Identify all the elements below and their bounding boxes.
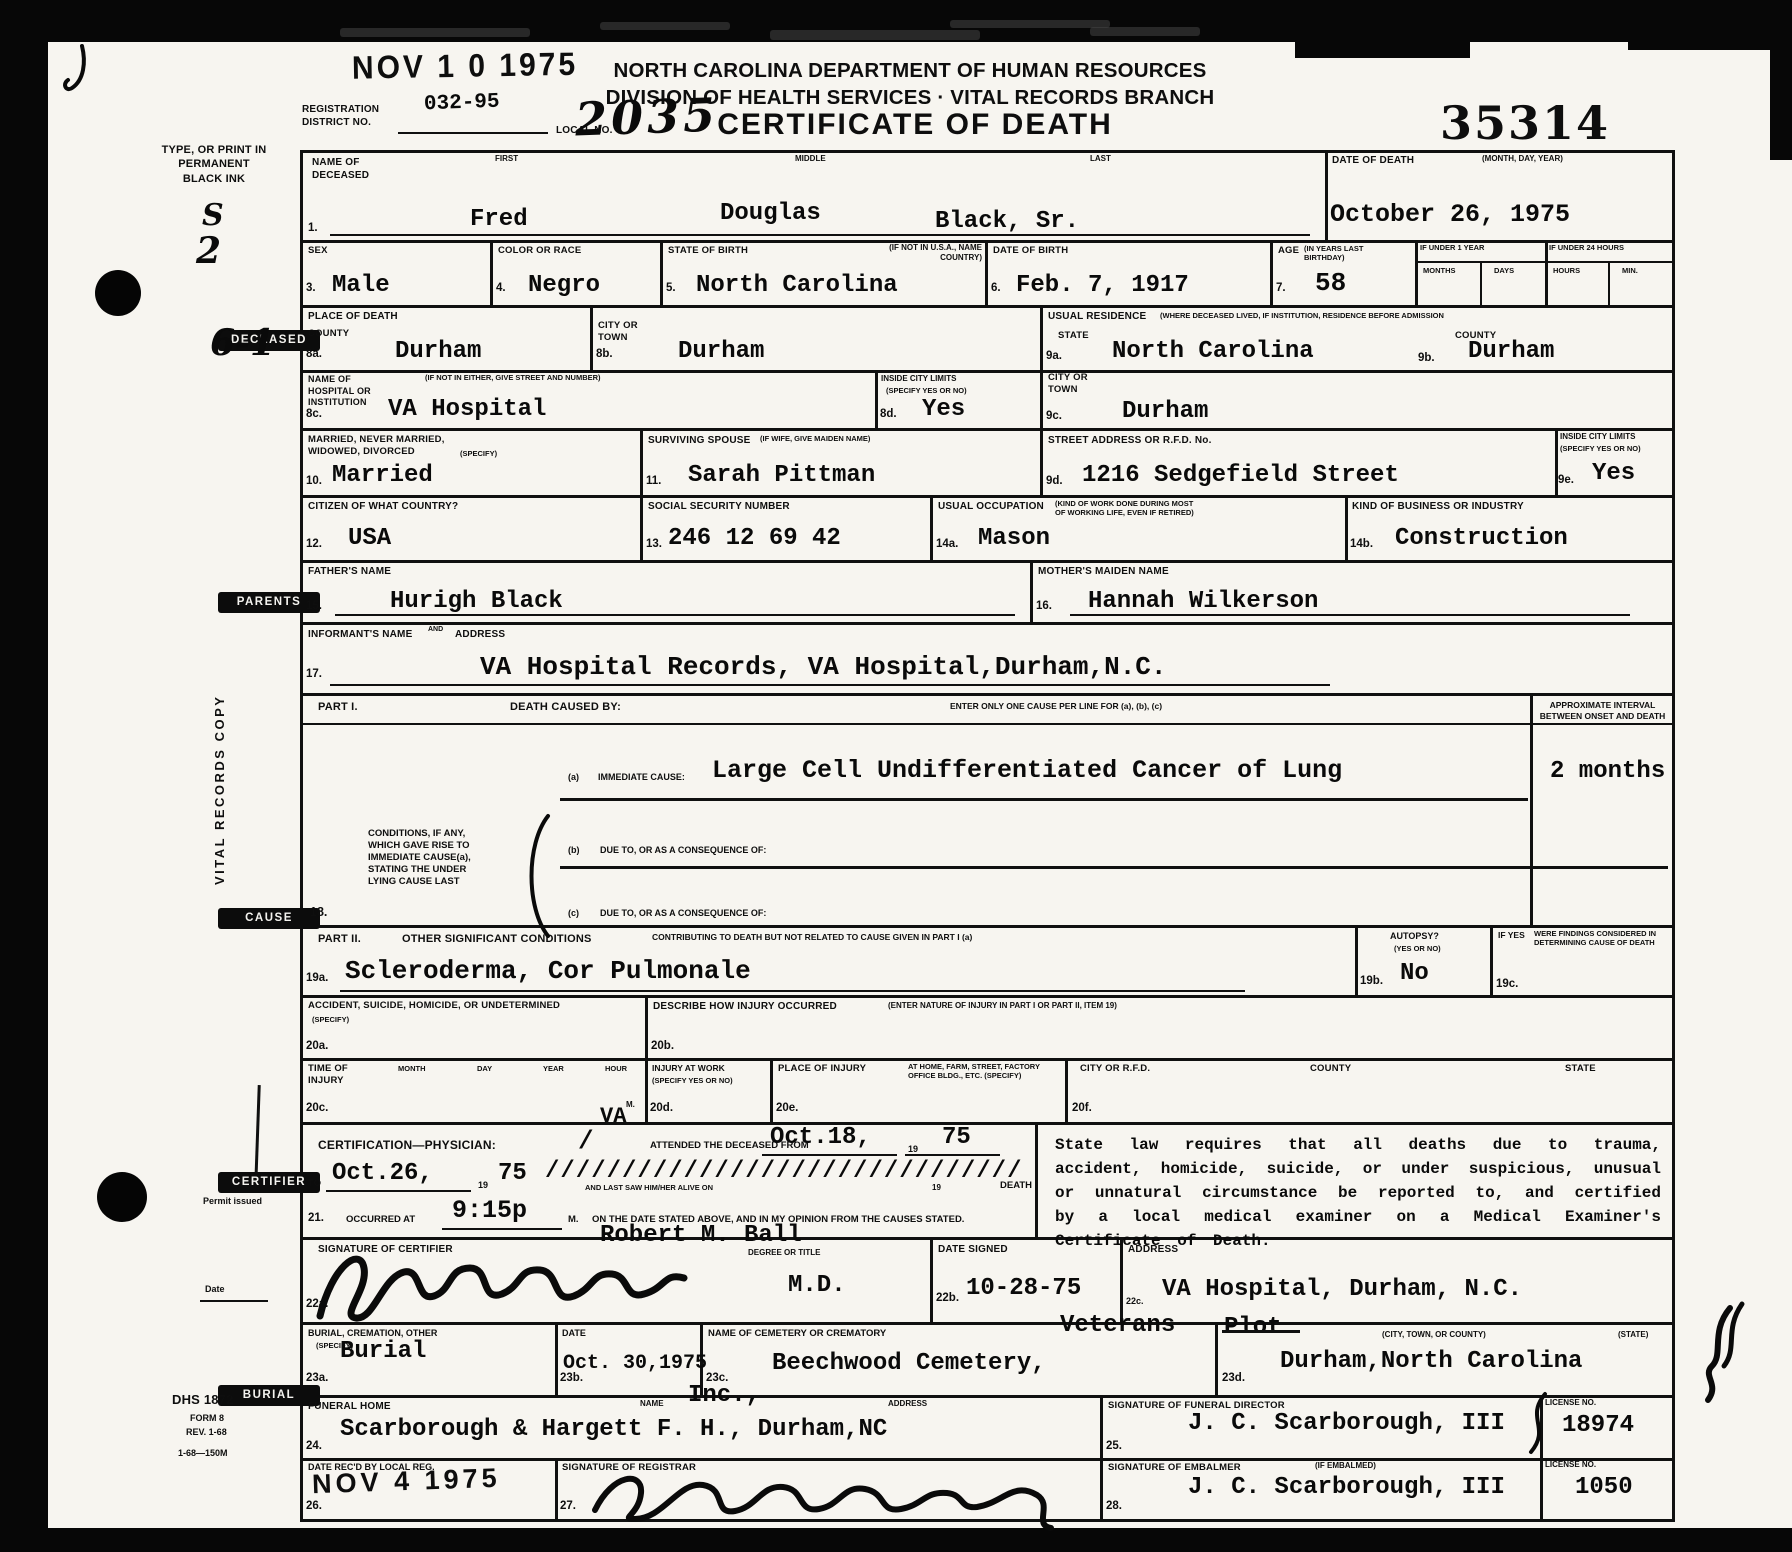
pen-mark-topleft	[58, 42, 98, 94]
state-law-paragraph: State law requires that all deaths due t…	[1055, 1133, 1661, 1253]
last-name-value: Black, Sr.	[935, 208, 1079, 235]
crossout-slashes: ///////////////////////////////	[545, 1158, 1022, 1185]
icl-8d-value: Yes	[922, 396, 965, 423]
county-label: COUNTY	[308, 328, 349, 340]
if-yes-label: IF YES	[1498, 930, 1525, 941]
form-id-run: 1-68—150M	[178, 1448, 228, 1459]
date-of-birth-value: Feb. 7, 1917	[1016, 272, 1189, 299]
va-annotation: VA	[600, 1104, 626, 1129]
citizen-label: CITIZEN OF WHAT COUNTRY?	[308, 500, 458, 513]
registration-district-label: REGISTRATION DISTRICT NO.	[302, 103, 379, 129]
other-conditions-rule	[340, 990, 1245, 992]
pod-city-value: Durham	[678, 338, 764, 365]
certification-label: CERTIFICATION—PHYSICIAN:	[318, 1138, 496, 1154]
death-caused-by-label: DEATH CAUSED BY:	[510, 700, 621, 714]
embalmer-license-value: 1050	[1575, 1474, 1633, 1501]
cause-a-prefix: (a)	[568, 772, 579, 783]
form-id-dhs: DHS 1872	[172, 1392, 234, 1409]
item-12: 12.	[306, 538, 322, 550]
item-11: 11.	[646, 475, 661, 487]
marital-sub: (SPECIFY)	[460, 449, 497, 458]
director-license-value: 18974	[1562, 1412, 1634, 1439]
scan-sliver-right	[1770, 0, 1792, 160]
certifier-signature	[312, 1238, 712, 1330]
father-label: FATHER'S NAME	[308, 565, 391, 578]
middle-label: MIDDLE	[795, 154, 826, 164]
accident-label: ACCIDENT, SUICIDE, HOMICIDE, OR UNDETERM…	[308, 1000, 638, 1012]
scan-edge-left	[0, 0, 48, 1552]
icl-9e-label: INSIDE CITY LIMITS	[1560, 432, 1635, 442]
item-1: 1.	[308, 222, 318, 234]
date-signed-label: DATE SIGNED	[938, 1243, 1008, 1256]
residence-state-value: North Carolina	[1112, 338, 1314, 365]
item-19a: 19a.	[306, 972, 328, 984]
funeral-home-name-label: NAME	[640, 1399, 664, 1409]
interval-label: APPROXIMATE INTERVAL BETWEEN ONSET AND D…	[1534, 700, 1671, 721]
plot-annotation: Plot	[1224, 1314, 1282, 1341]
handwritten-6-1: 6-1	[210, 322, 275, 364]
state-of-birth-value: North Carolina	[696, 272, 898, 299]
findings-label: WERE FINDINGS CONSIDERED IN DETERMINING …	[1534, 929, 1672, 948]
spouse-value: Sarah Pittman	[688, 462, 875, 489]
conditions-brace	[516, 812, 556, 940]
item-9d: 9d.	[1046, 475, 1063, 487]
item-9b: 9b.	[1418, 352, 1435, 364]
hole-punch-bottom	[97, 1172, 147, 1222]
date-label: Date	[205, 1284, 225, 1295]
item-20b: 20b.	[651, 1040, 674, 1052]
cause-c-prefix: (c)	[568, 908, 579, 919]
registration-district-rule	[398, 132, 548, 134]
attended-from-year: 75	[942, 1124, 971, 1151]
injury-at-work-sub: (SPECIFY YES OR NO)	[652, 1076, 733, 1085]
item-26: 26.	[306, 1500, 322, 1512]
sex-label: SEX	[308, 245, 328, 257]
certifier-address-label: ADDRESS	[1128, 1243, 1178, 1256]
month-label: MONTH	[398, 1064, 426, 1073]
degree-label: DEGREE OR TITLE	[748, 1248, 820, 1258]
part1-header-rule	[303, 723, 1672, 725]
from-year-rule	[905, 1154, 1000, 1156]
usual-residence-label: USUAL RESIDENCE	[1048, 310, 1146, 323]
m-suffix: M.	[626, 1100, 635, 1110]
ssn-label: SOCIAL SECURITY NUMBER	[648, 500, 790, 513]
place-of-injury-label: PLACE OF INJURY	[778, 1063, 866, 1075]
residence-county-value: Durham	[1468, 338, 1554, 365]
item-21: 21.	[308, 1212, 324, 1224]
certificate-title: CERTIFICATE OF DEATH	[700, 105, 1130, 144]
date-received-stamp: NOV 4 1975	[312, 1463, 502, 1501]
box-part1	[300, 693, 1675, 928]
citizen-value: USA	[348, 525, 391, 552]
department-line1: NORTH CAROLINA DEPARTMENT OF HUMAN RESOU…	[600, 58, 1220, 85]
item-20f: 20f.	[1072, 1102, 1092, 1114]
funeral-home-address-label: ADDRESS	[888, 1399, 927, 1409]
immediate-cause-label: IMMEDIATE CAUSE:	[598, 772, 685, 783]
age-sub: (IN YEARS LAST BIRTHDAY)	[1304, 244, 1363, 263]
city-or-town-label: CITY OR TOWN	[598, 320, 638, 345]
hour-label: HOUR	[605, 1064, 627, 1073]
plot-strike	[1222, 1330, 1300, 1333]
date-of-death-value: October 26, 1975	[1330, 200, 1570, 229]
due-to-2-label: DUE TO, OR AS A CONSEQUENCE OF:	[600, 908, 766, 919]
handwritten-s: S	[202, 198, 224, 233]
tab-parents: PARENTS	[218, 592, 320, 613]
item-27: 27.	[560, 1500, 576, 1512]
marital-value: Married	[332, 462, 433, 489]
item-16: 16.	[1036, 600, 1052, 612]
date-of-birth-label: DATE OF BIRTH	[993, 245, 1068, 257]
state-paren-label: (STATE)	[1618, 1330, 1648, 1340]
form-id-rev: REV. 1-68	[186, 1427, 227, 1438]
part1-label: PART I.	[318, 700, 358, 714]
to-label: TO	[308, 1178, 321, 1190]
icl-9e-sub: (SPECIFY YES OR NO)	[1560, 444, 1641, 453]
scan-edge-bottom	[0, 1528, 1792, 1552]
funeral-director-value: J. C. Scarborough, III	[1188, 1410, 1505, 1437]
scan-noise	[950, 20, 1110, 28]
date-of-death-label: DATE OF DEATH	[1332, 154, 1414, 167]
vital-records-copy-label: VITAL RECORDS COPY	[212, 645, 227, 885]
item-19c: 19c.	[1496, 978, 1518, 990]
box-sex	[300, 240, 493, 308]
how-injury-label: DESCRIBE HOW INJURY OCCURRED	[653, 1000, 837, 1013]
injury-county-label: COUNTY	[1310, 1063, 1351, 1075]
industry-value: Construction	[1395, 525, 1568, 552]
ssn-value: 246 12 69 42	[668, 525, 841, 552]
attended-from-date: Oct.18,	[770, 1124, 871, 1151]
days-label: DAYS	[1494, 266, 1514, 275]
occupation-label: USUAL OCCUPATION	[938, 500, 1044, 513]
date-of-death-sub: (MONTH, DAY, YEAR)	[1482, 154, 1563, 164]
race-label: COLOR OR RACE	[498, 245, 581, 257]
race-value: Negro	[528, 272, 600, 299]
first-name-value: Fred	[470, 206, 528, 233]
scan-blob-topright	[1295, 0, 1470, 58]
item-20d: 20d.	[650, 1102, 673, 1114]
day-label: DAY	[477, 1064, 492, 1073]
box-time-of-injury	[300, 1058, 648, 1125]
item-10: 10.	[306, 475, 322, 487]
item-20a: 20a.	[306, 1040, 328, 1052]
industry-label: KIND OF BUSINESS OR INDUSTRY	[1352, 500, 1524, 513]
icl-8d-sub: (SPECIFY YES OR NO)	[886, 386, 967, 395]
item-13: 13.	[646, 538, 662, 550]
item-17: 17.	[306, 668, 322, 680]
months-label: MONTHS	[1423, 266, 1456, 275]
inc-annotation: Inc.,	[688, 1382, 760, 1409]
other-significant-sub: CONTRIBUTING TO DEATH BUT NOT RELATED TO…	[652, 932, 972, 943]
sex-value: Male	[332, 272, 390, 299]
u1y-split	[1480, 261, 1482, 308]
age-value: 58	[1315, 268, 1346, 298]
icl-8d-label: INSIDE CITY LIMITS	[881, 374, 956, 384]
item-20c: 20c.	[306, 1102, 328, 1114]
item-3: 3.	[306, 282, 316, 294]
tab-certifier: CERTIFIER	[218, 1172, 320, 1193]
from-date-rule	[762, 1154, 897, 1156]
item-5: 5.	[666, 282, 676, 294]
under-24-hours-label: IF UNDER 24 HOURS	[1549, 243, 1624, 252]
item-8c: 8c.	[306, 408, 322, 420]
handwritten-2: 2	[196, 230, 221, 272]
type-print-instruction: TYPE, OR PRINT IN PERMANENT BLACK INK	[148, 143, 280, 186]
item-23d: 23d.	[1222, 1372, 1245, 1384]
embalmer-value: J. C. Scarborough, III	[1188, 1474, 1505, 1501]
hospital-value: VA Hospital	[388, 396, 546, 423]
part2-label: PART II.	[318, 932, 361, 946]
veterans-annotation: Veterans	[1060, 1312, 1175, 1339]
scan-corner-topright	[1628, 0, 1792, 50]
scan-noise	[1090, 27, 1200, 36]
item-25: 25.	[1106, 1440, 1122, 1452]
time-of-injury-label: TIME OF INJURY	[308, 1063, 348, 1088]
death-certificate-scan: TYPE, OR PRINT IN PERMANENT BLACK INK S …	[0, 0, 1792, 1552]
one-cause-note: ENTER ONLY ONE CAUSE PER LINE FOR (a), (…	[950, 701, 1162, 712]
time-of-death-rule	[442, 1228, 562, 1230]
street-value: 1216 Sedgefield Street	[1082, 462, 1399, 489]
scan-noise	[600, 22, 730, 30]
item-6: 6.	[991, 282, 1001, 294]
slash-mark: /	[578, 1126, 594, 1156]
state-of-birth-sub: (IF NOT IN U.S.A., NAME COUNTRY)	[772, 243, 982, 263]
pen-scrawl-license	[1475, 1388, 1565, 1458]
middle-name-value: Douglas	[720, 200, 821, 227]
place-of-death-label: PLACE OF DEATH	[308, 310, 398, 323]
u24-split	[1608, 261, 1610, 308]
box-interval	[1530, 693, 1675, 928]
state-of-birth-label: STATE OF BIRTH	[668, 245, 748, 257]
injury-at-work-label: INJURY AT WORK	[652, 1063, 725, 1074]
usual-residence-sub: (WHERE DECEASED LIVED, IF INSTITUTION, R…	[1160, 311, 1670, 320]
item-23a: 23a.	[306, 1372, 328, 1384]
autopsy-label: AUTOPSY?	[1390, 931, 1439, 942]
registrar-signature	[585, 1455, 1105, 1530]
attended-to-date: Oct.26,	[332, 1160, 433, 1187]
occupation-sub: (KIND OF WORK DONE DURING MOST OF WORKIN…	[1055, 499, 1194, 518]
m-on-date-label: M.	[568, 1214, 579, 1226]
autopsy-value: No	[1400, 960, 1429, 987]
cemetery-value: Beechwood Cemetery,	[772, 1350, 1046, 1377]
certificate-serial: 35314	[1440, 96, 1610, 150]
street-label: STREET ADDRESS OR R.F.D. No.	[1048, 434, 1212, 447]
to-19: 19	[478, 1180, 488, 1191]
embalmer-sub: (IF EMBALMED)	[1315, 1461, 1376, 1471]
funeral-home-label: FUNERAL HOME	[308, 1400, 391, 1413]
informant-value: VA Hospital Records, VA Hospital,Durham,…	[480, 652, 1167, 682]
registration-district-value: 032-95	[424, 91, 500, 117]
cause-b-rule	[560, 866, 1668, 869]
occupation-value: Mason	[978, 525, 1050, 552]
attended-to-year: 75	[498, 1160, 527, 1187]
embalmer-license-label: LICENSE NO.	[1545, 1460, 1596, 1470]
hospital-sub: (IF NOT IN EITHER, GIVE STREET AND NUMBE…	[425, 373, 601, 382]
accident-sub: (SPECIFY)	[312, 1015, 349, 1024]
item-22b: 22b.	[936, 1292, 959, 1304]
informant-and: AND	[428, 626, 443, 635]
tab-cause: CAUSE	[218, 908, 320, 929]
hours-label: HOURS	[1553, 266, 1580, 275]
cause-a-rule	[560, 798, 1528, 801]
father-value: Hurigh Black	[390, 588, 563, 615]
certifier-address-value: VA Hospital, Durham, N.C.	[1162, 1276, 1522, 1303]
funeral-home-value: Scarborough & Hargett F. H., Durham,NC	[340, 1416, 887, 1443]
date-rule	[200, 1300, 268, 1302]
item-18: 18.	[310, 905, 327, 919]
pen-stroke-left	[254, 1085, 260, 1185]
city-or-rfd-label: CITY OR R.F.D.	[1080, 1063, 1150, 1075]
other-conditions-value: Scleroderma, Cor Pulmonale	[345, 956, 751, 986]
autopsy-sub: (YES OR NO)	[1394, 944, 1441, 953]
item-7: 7.	[1276, 282, 1286, 294]
item-22c: 22c.	[1126, 1296, 1144, 1306]
spouse-sub: (IF WIFE, GIVE MAIDEN NAME)	[760, 434, 870, 443]
box-place-of-death-city	[590, 305, 1043, 373]
embalmer-label: SIGNATURE OF EMBALMER	[1108, 1462, 1241, 1474]
under-1-year-label: IF UNDER 1 YEAR	[1420, 243, 1484, 252]
injury-state-label: STATE	[1565, 1063, 1596, 1075]
time-of-death-value: 9:15p	[452, 1196, 527, 1225]
mother-label: MOTHER'S MAIDEN NAME	[1038, 565, 1169, 578]
item-8b: 8b.	[596, 348, 613, 360]
immediate-cause-value: Large Cell Undifferentiated Cancer of Lu…	[712, 756, 1342, 785]
city-town-county-label: (CITY, TOWN, OR COUNTY)	[1382, 1330, 1486, 1340]
last-label: LAST	[1090, 154, 1111, 164]
icl-9e-value: Yes	[1592, 460, 1635, 487]
scan-noise	[340, 28, 530, 37]
informant-label: INFORMANT'S NAME	[308, 628, 412, 641]
pen-scrawl-right	[1678, 1302, 1750, 1410]
spouse-label: SURVIVING SPOUSE	[648, 434, 751, 447]
informant-address-label: ADDRESS	[455, 628, 505, 641]
interval-value: 2 months	[1550, 758, 1665, 785]
item-9e: 9e.	[1558, 474, 1574, 486]
item-15: 15.	[306, 600, 322, 612]
scan-noise	[770, 30, 980, 40]
item-4: 4.	[496, 282, 506, 294]
received-date-stamp: NOV 1 0 1975	[352, 47, 579, 88]
min-label: MIN.	[1622, 266, 1638, 275]
residence-city-value: Durham	[1122, 398, 1208, 425]
degree-value: M.D.	[788, 1272, 846, 1299]
mother-value: Hannah Wilkerson	[1088, 588, 1318, 615]
permit-issued-label: Permit issued	[203, 1196, 262, 1207]
age-label: AGE	[1278, 245, 1299, 257]
other-significant-label: OTHER SIGNIFICANT CONDITIONS	[402, 932, 592, 946]
how-injury-sub: (ENTER NATURE OF INJURY IN PART I OR PAR…	[888, 1001, 1117, 1011]
date-signed-value: 10-28-75	[966, 1275, 1081, 1302]
informant-rule	[330, 684, 1330, 686]
item-8d: 8d.	[880, 408, 897, 420]
occurred-at-label: OCCURRED AT	[346, 1214, 415, 1226]
place-of-injury-sub: AT HOME, FARM, STREET, FACTORY OFFICE BL…	[908, 1062, 1040, 1081]
due-to-1-label: DUE TO, OR AS A CONSEQUENCE OF:	[600, 845, 766, 856]
item-20e: 20e.	[776, 1102, 798, 1114]
local-no-value: 2035	[574, 88, 720, 147]
item-9c: 9c.	[1046, 410, 1062, 422]
year-label: YEAR	[543, 1064, 564, 1073]
residence-state-label: STATE	[1058, 330, 1089, 342]
hole-punch-top	[95, 270, 141, 316]
burial-date-value: Oct. 30,1975	[563, 1352, 707, 1375]
marital-label: MARRIED, NEVER MARRIED, WIDOWED, DIVORCE…	[308, 434, 445, 459]
residence-city-label: CITY OR TOWN	[1048, 372, 1088, 397]
item-19b: 19b.	[1360, 975, 1383, 987]
from-19: 19	[908, 1144, 918, 1155]
burial-value: Burial	[340, 1338, 426, 1365]
pod-county-value: Durham	[395, 338, 481, 365]
item-28: 28.	[1106, 1500, 1122, 1512]
name-rule	[330, 234, 1310, 236]
form-id-form8: FORM 8	[190, 1413, 224, 1424]
cemetery-location-value: Durham,North Carolina	[1280, 1348, 1582, 1375]
cause-b-prefix: (b)	[568, 845, 580, 856]
name-of-deceased-label: NAME OF DECEASED	[312, 156, 369, 182]
item-8a: 8a.	[306, 348, 322, 360]
u24-divider	[1545, 261, 1675, 263]
item-14a: 14a.	[936, 538, 958, 550]
hospital-label: NAME OF HOSPITAL OR INSTITUTION	[308, 374, 371, 409]
item-14b: 14b.	[1350, 538, 1373, 550]
to-date-rule	[326, 1190, 471, 1192]
cemetery-label: NAME OF CEMETERY OR CREMATORY	[708, 1328, 886, 1340]
item-9a: 9a.	[1046, 350, 1062, 362]
first-label: FIRST	[495, 154, 518, 164]
item-24: 24.	[306, 1440, 322, 1452]
